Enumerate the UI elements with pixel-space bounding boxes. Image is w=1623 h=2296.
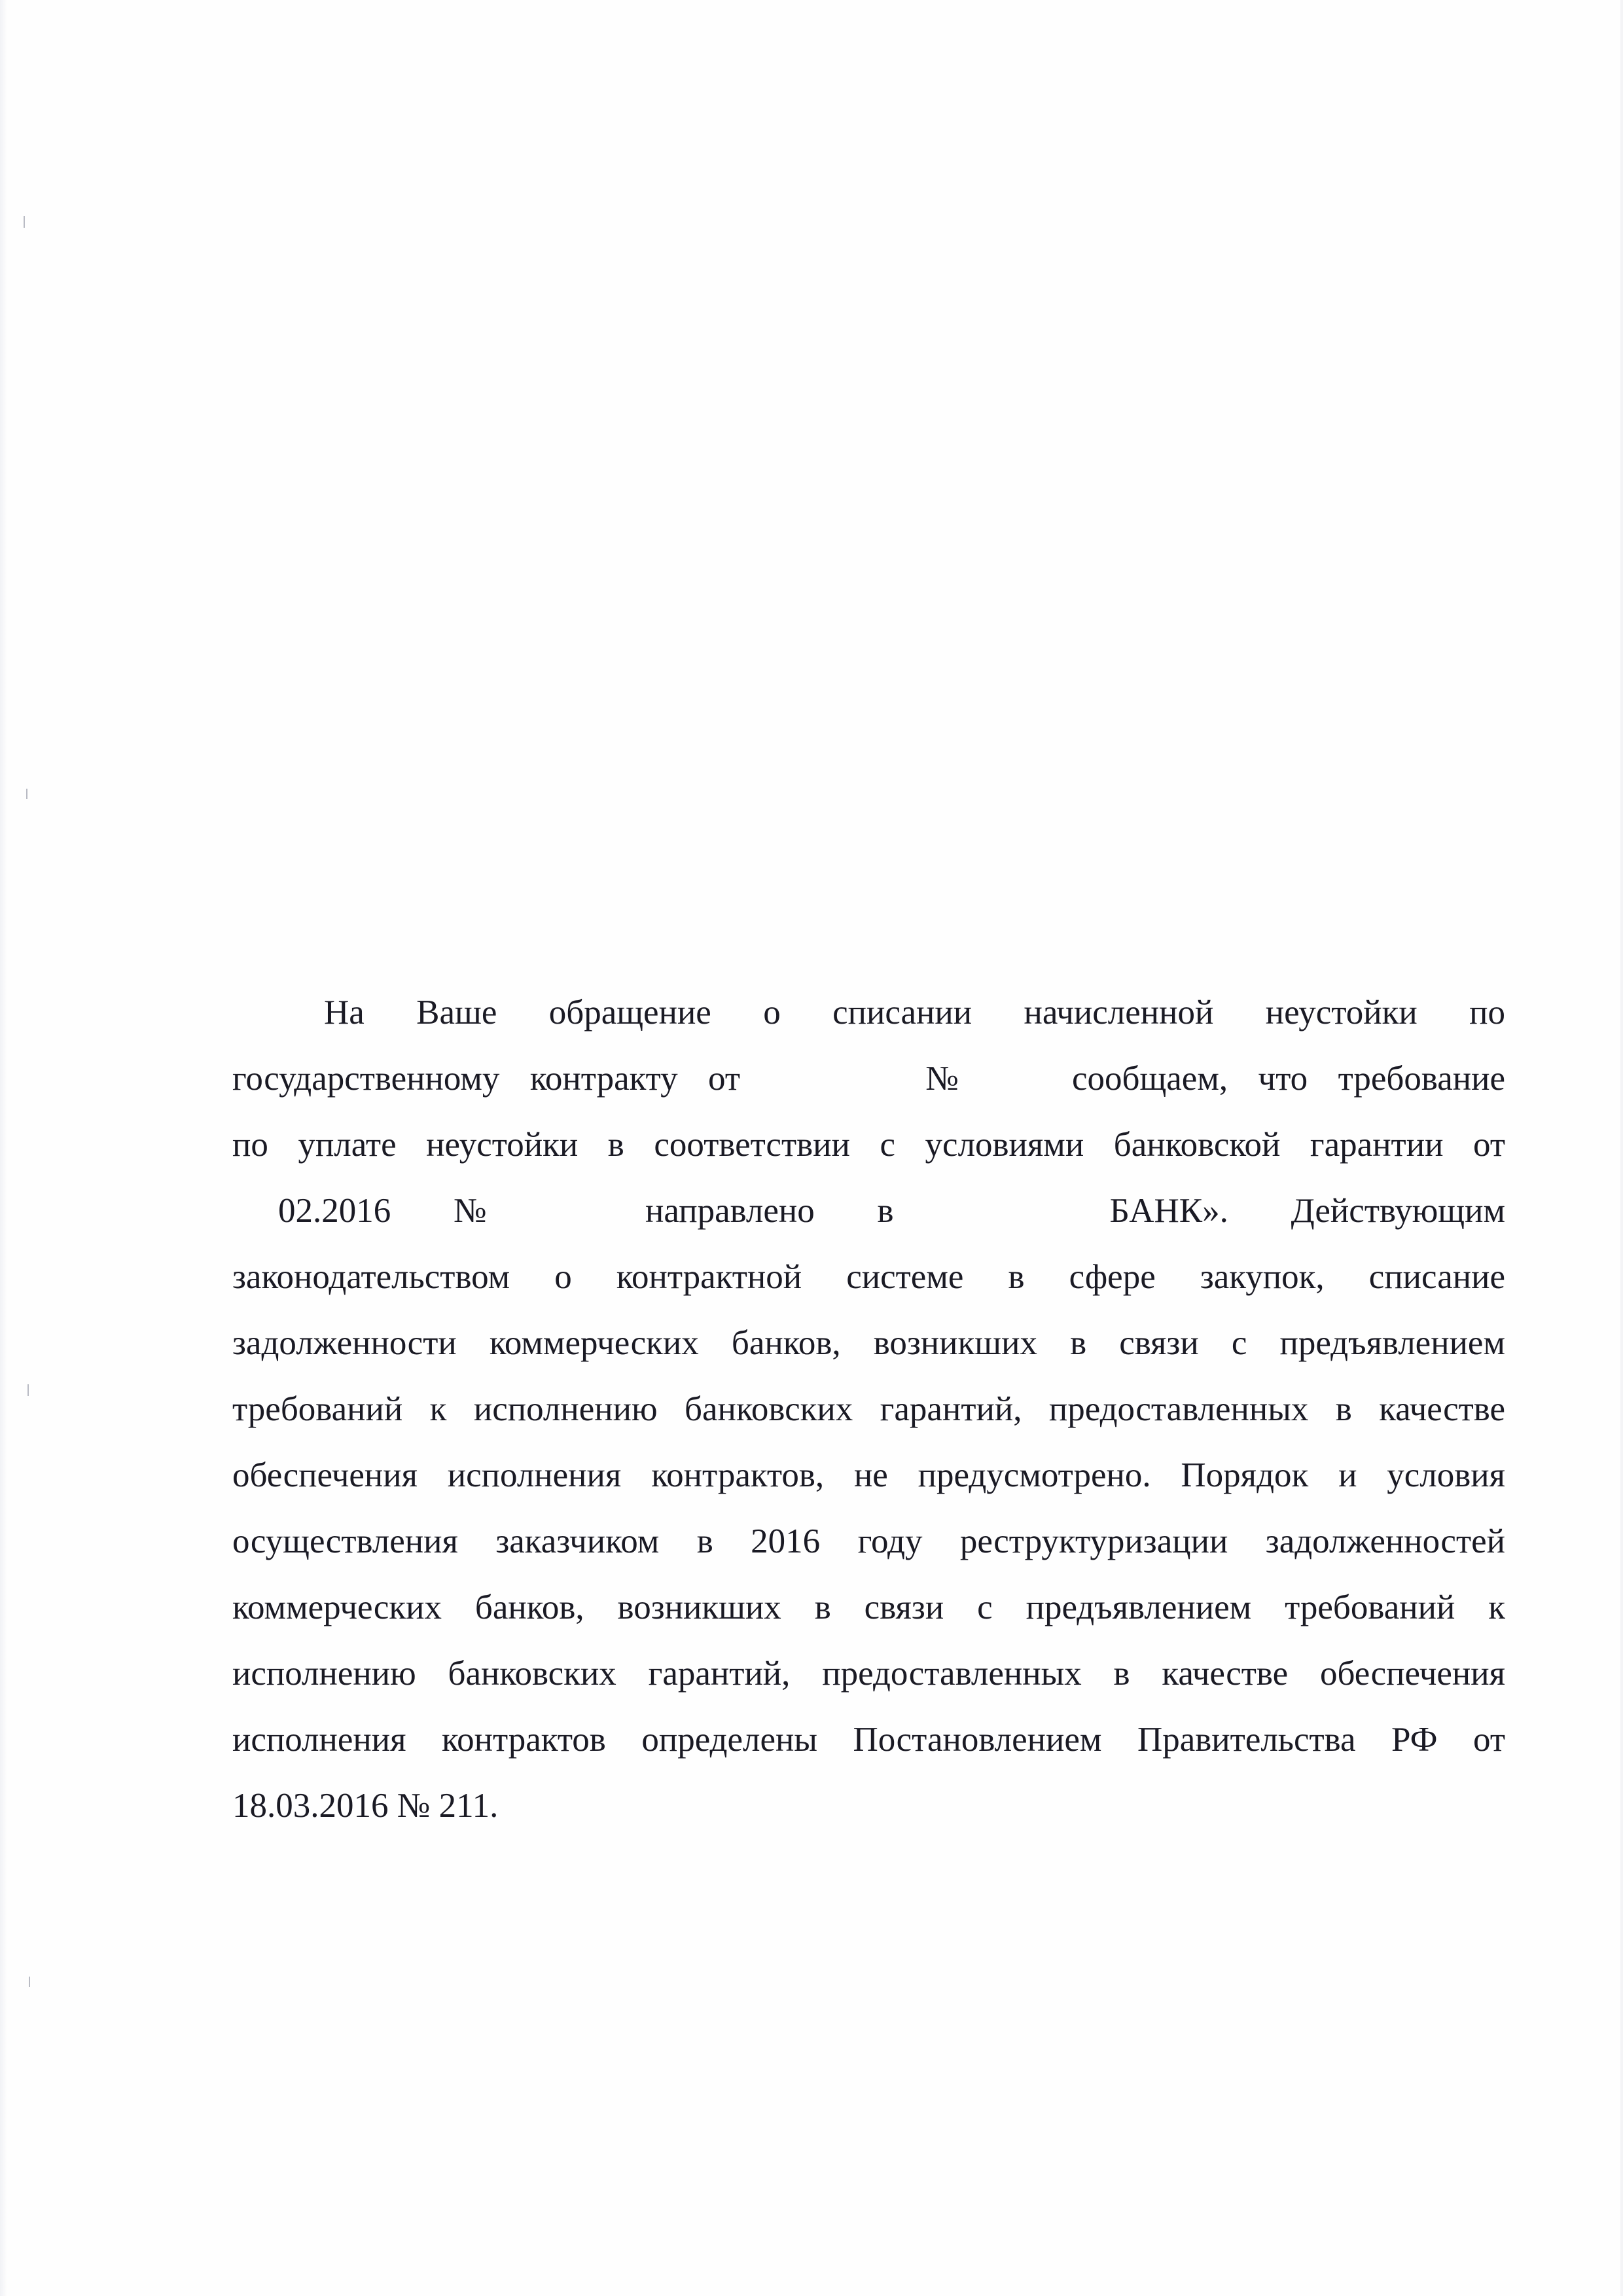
text-segment: государственному контракту от [232, 1060, 740, 1098]
text-segment: задолженности коммерческих банков, возни… [232, 1324, 1505, 1362]
text-segment: сообщаем, что требование [1072, 1060, 1505, 1098]
text-segment: направлено в [645, 1192, 893, 1230]
text-segment: коммерческих банков, возникших в связи с… [232, 1588, 1505, 1626]
paragraph-line-7: требований к исполнению банковских гаран… [232, 1376, 1505, 1443]
text-segment: обеспечения исполнения контрактов, не пр… [232, 1456, 1505, 1494]
text-segment: исполнению банковских гарантий, предоста… [232, 1655, 1505, 1693]
scan-edge-right [1620, 0, 1623, 2296]
guarantee-date: 02.2016 № [278, 1192, 541, 1230]
paragraph-line-8: обеспечения исполнения контрактов, не пр… [232, 1443, 1505, 1509]
text-segment: по уплате неустойки в соответствии с усл… [232, 1126, 1505, 1164]
paragraph-line-9: осуществления заказчиком в 2016 году рес… [232, 1509, 1505, 1575]
decree-reference: 18.03.2016 № 211. [232, 1787, 498, 1825]
paragraph-line-5: законодательством о контрактной системе … [232, 1244, 1505, 1310]
text-segment: БАНК». Действующим [1110, 1192, 1506, 1230]
text-segment: осуществления заказчиком в 2016 году рес… [232, 1522, 1505, 1560]
scanned-page: На Ваше обращение о списании начисленной… [0, 0, 1623, 2296]
letter-paragraph: На Ваше обращение о списании начисленной… [232, 980, 1505, 1839]
scan-edge-left [0, 0, 7, 2296]
text-segment: законодательством о контрактной системе … [232, 1258, 1505, 1296]
paragraph-line-1: На Ваше обращение о списании начисленной… [232, 980, 1505, 1046]
text-segment: На Ваше обращение о списании начисленной… [324, 994, 1505, 1031]
paragraph-line-11: исполнению банковских гарантий, предоста… [232, 1641, 1505, 1707]
paragraph-line-12: исполнения контрактов определены Постано… [232, 1707, 1505, 1773]
paragraph-line-10: коммерческих банков, возникших в связи с… [232, 1575, 1505, 1641]
scan-speck [26, 789, 27, 799]
text-segment: требований к исполнению банковских гаран… [232, 1390, 1505, 1428]
scan-speck [24, 216, 25, 228]
scan-speck [27, 1384, 29, 1396]
paragraph-line-3: по уплате неустойки в соответствии с усл… [232, 1112, 1505, 1178]
text-segment: исполнения контрактов определены Постано… [232, 1721, 1505, 1759]
paragraph-line-4: 02.2016 №направлено вБАНК». Действующим [232, 1178, 1505, 1244]
number-sign: № [904, 1060, 980, 1098]
paragraph-line-13: 18.03.2016 № 211. [232, 1773, 1505, 1839]
paragraph-line-2: государственному контракту от№сообщаем, … [232, 1046, 1505, 1112]
paragraph-line-6: задолженности коммерческих банков, возни… [232, 1310, 1505, 1376]
scan-speck [29, 1977, 30, 1987]
